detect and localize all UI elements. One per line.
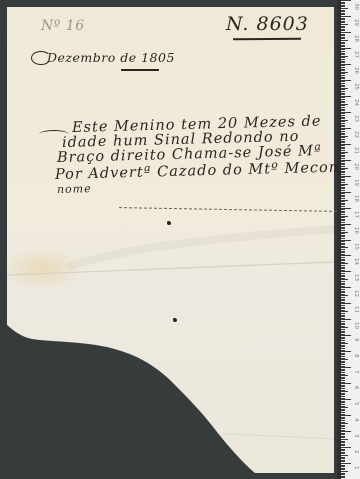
ruler-label: 9	[353, 338, 359, 342]
ruler-label: 19	[353, 179, 359, 186]
folio-number: Nº 16	[41, 18, 85, 34]
ruler-label: 25	[353, 83, 359, 90]
paper-shape	[7, 7, 334, 473]
ruler-label: 5	[353, 402, 359, 406]
measurement-ruler: 3029282726252423222120191817161514131211…	[337, 0, 360, 479]
ruler-label: 30	[353, 3, 359, 10]
ruler-label: 11	[353, 306, 359, 313]
ruler-label: 28	[353, 35, 359, 42]
ruler-label: 20	[353, 163, 359, 170]
ruler-label: 7	[353, 370, 359, 374]
ruler-label: 14	[353, 258, 359, 265]
catalog-number: N. 8603	[226, 13, 309, 35]
ruler-label: 26	[353, 67, 359, 74]
ruler-tick	[341, 477, 345, 478]
ruler-label: 16	[353, 227, 359, 234]
ruler-label: 4	[353, 418, 359, 422]
ruler-label: 27	[353, 51, 359, 58]
ruler-label: 29	[353, 19, 359, 26]
paper-hole-mark	[167, 221, 171, 225]
manuscript-sheet: Nº 16 N. 8603 Dezembro de 1805 Este Meni…	[7, 7, 334, 473]
ruler-label: 23	[353, 115, 359, 122]
ruler-label: 18	[353, 195, 359, 202]
ruler-label: 3	[353, 434, 359, 438]
ruler-label: 8	[353, 354, 359, 358]
paper-hole-mark	[173, 318, 177, 322]
ruler-label: 6	[353, 386, 359, 390]
ruler-label: 13	[353, 274, 359, 281]
ruler-label: 24	[353, 99, 359, 106]
ruler-label: 12	[353, 290, 359, 297]
ruler-label: 15	[353, 243, 359, 250]
ruler-label: 10	[353, 322, 359, 329]
ruler-label: 17	[353, 211, 359, 218]
ruler-label: 21	[353, 147, 359, 154]
ruler-label: 2	[353, 450, 359, 454]
ruler-label: 1	[353, 466, 359, 470]
body-line-5: nome	[57, 182, 92, 196]
date-line: Dezembro de 1805	[47, 50, 175, 65]
date-underline	[121, 69, 159, 71]
ruler-label: 22	[353, 131, 359, 138]
document-scan-viewport: Nº 16 N. 8603 Dezembro de 1805 Este Meni…	[0, 0, 360, 479]
